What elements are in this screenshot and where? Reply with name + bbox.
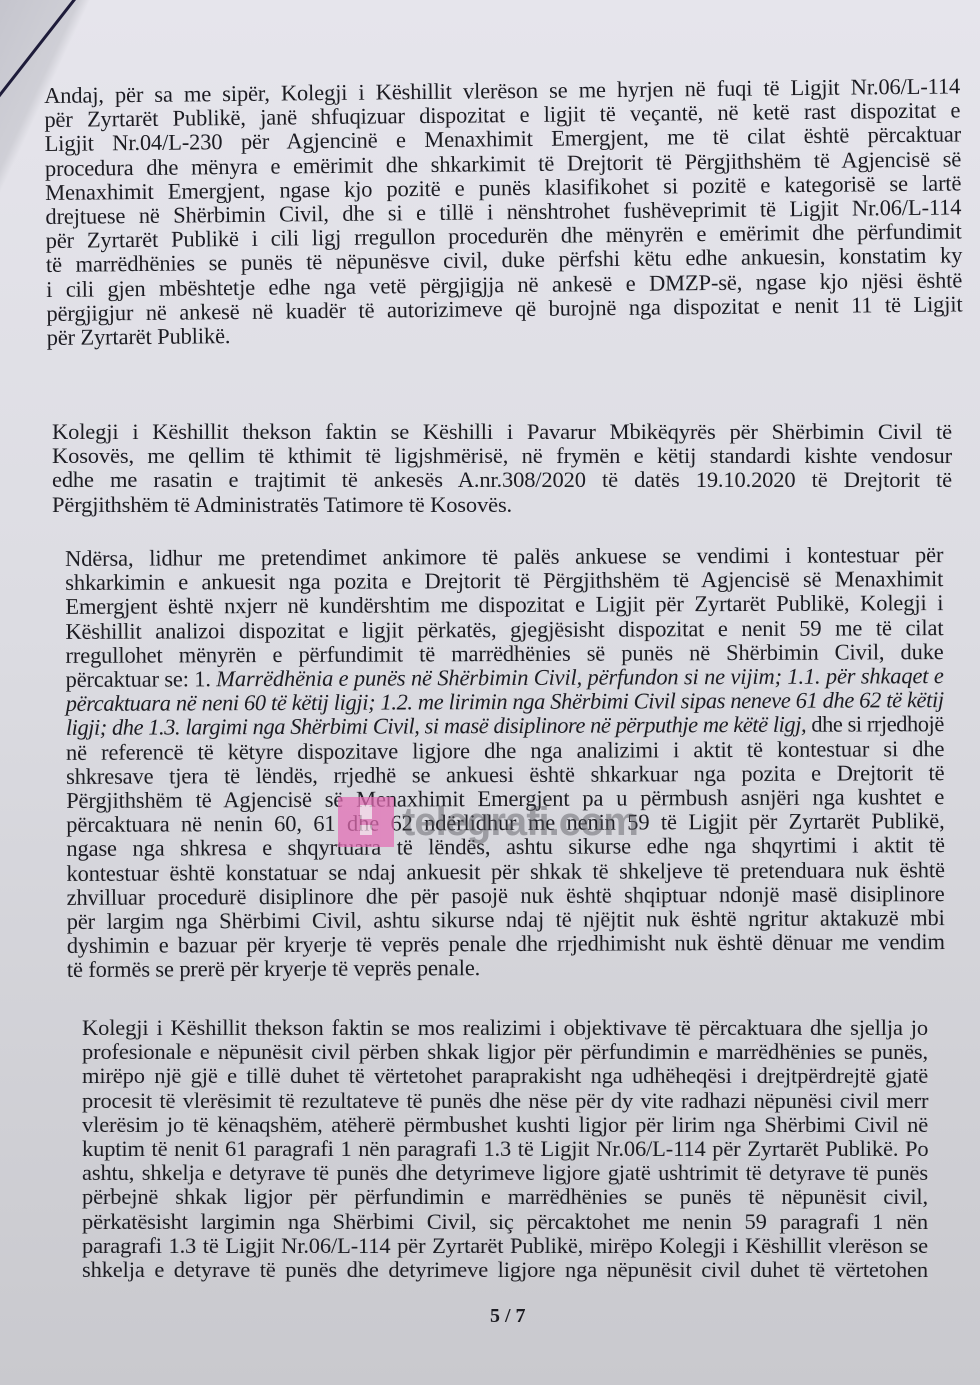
text-line: vlerësim jo të kënaqshëm, atëherë përmbu… (82, 1113, 928, 1137)
text-line: paragrafi 1.3 të Ligjit Nr.06/L-114 për … (82, 1234, 928, 1258)
document-page: Andaj, për sa me sipër, Kolegji i Këshil… (0, 0, 980, 1385)
quote-tail: dhe si rrjedhojë (806, 712, 944, 738)
paragraph-1: Andaj, për sa me sipër, Kolegji i Këshil… (44, 74, 963, 350)
legal-quote: ligji; dhe 1.3. largimi nga Shërbimi Civ… (66, 712, 806, 740)
text-line: Kolegji i Këshillit thekson faktin se mo… (82, 1016, 928, 1040)
text-line: ashtu, shkelja e detyrave të punës dhe d… (82, 1161, 928, 1185)
text-line: mirëpo një gjë e tillë duhet të vërtetoh… (82, 1064, 928, 1088)
text-line: dyshimin e bazuar për kryerje të veprës … (67, 930, 945, 958)
text-line: kuptim të nenit 61 paragrafi 1 nën parag… (82, 1137, 928, 1161)
text-line: Kosovës, me qellim të kthimit të ligjshm… (52, 444, 952, 468)
watermark: telegrafi.com (338, 797, 638, 847)
paragraph-4: Kolegji i Këshillit thekson faktin se mo… (82, 1016, 928, 1282)
text-line: procesit të vlerësimit të rezultateve të… (82, 1089, 928, 1113)
text-line: përbejnë shkak ligjor për përfundimin e … (82, 1185, 928, 1209)
text-line: të formës se prerë për kryerje të veprës… (67, 955, 945, 983)
paragraph-2: Kolegji i Këshillit thekson faktin se Kë… (52, 420, 952, 517)
watermark-text: telegrafi.com (402, 800, 638, 845)
text-line: përkatësisht largimin nga Shërbimi Civil… (82, 1210, 928, 1234)
text-line: profesionale e nëpunësit civil përben sh… (82, 1040, 928, 1064)
telegrafi-logo-icon (338, 797, 394, 847)
text-line: Kolegji i Këshillit thekson faktin se Kë… (52, 420, 952, 444)
quote-prefix: përcaktuar se: 1. (66, 666, 217, 692)
text-line: shkelja e detyrave të punës dhe detyrime… (82, 1258, 928, 1282)
paragraph-3: Ndërsa, lidhur me pretendimet ankimore t… (65, 543, 945, 982)
text-line: edhe me rasatin e trajtimit të ankesës A… (52, 468, 952, 492)
text-line: Përgjithshëm të Administratës Tatimore t… (52, 493, 952, 517)
page-number: 5 / 7 (490, 1305, 526, 1328)
